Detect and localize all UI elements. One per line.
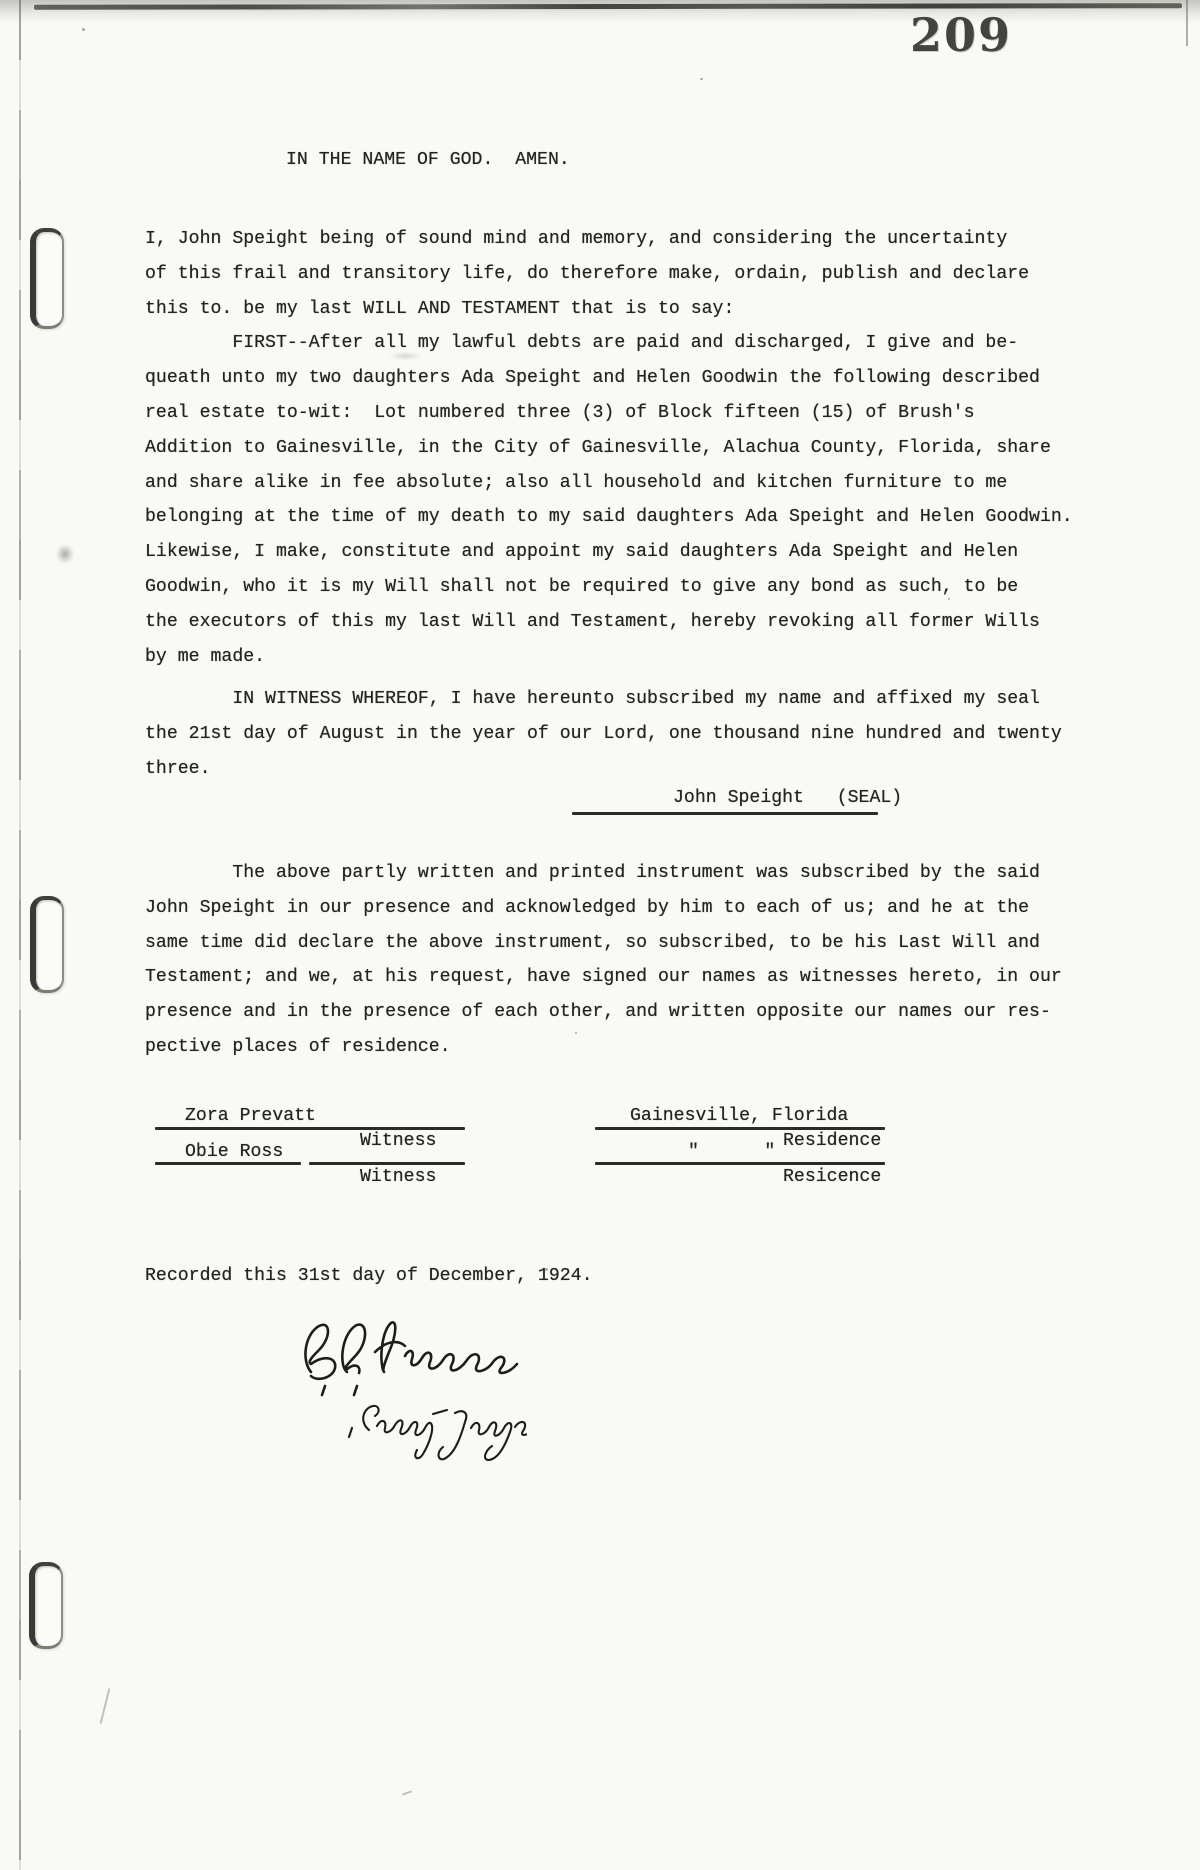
residence2-ditto-marks: " "	[688, 1142, 775, 1162]
scratch-mark	[402, 1790, 412, 1795]
scanned-page: 209 IN THE NAME OF GOD. AMEN. I, John Sp…	[0, 0, 1200, 1870]
binder-fastener-hole-top	[30, 228, 64, 329]
testator-signature-rule	[572, 812, 878, 815]
residence2-label: Resicence	[783, 1167, 881, 1187]
witness1-label: Witness	[360, 1131, 436, 1151]
residence2-rule	[595, 1162, 885, 1165]
witness2-label: Witness	[360, 1167, 436, 1187]
residence1-label: Residence	[783, 1131, 881, 1151]
ink-speck	[82, 28, 85, 31]
witness1-rule	[155, 1127, 465, 1130]
residence1-value: Gainesville, Florida	[630, 1106, 848, 1126]
witness1-name: Zora Prevatt	[185, 1106, 316, 1126]
will-body-text: I, John Speight being of sound mind and …	[145, 222, 1105, 674]
scratch-mark	[100, 1688, 111, 1723]
page-left-edge	[19, 0, 21, 1870]
witness-clause-text: IN WITNESS WHEREOF, I have hereunto subs…	[145, 682, 1105, 786]
judge-signature-name-stroke	[305, 1322, 517, 1395]
testator-signature-text: John Speight (SEAL)	[673, 788, 902, 808]
page-number: 209	[910, 8, 1012, 62]
residence1-rule	[595, 1127, 885, 1130]
page-right-edge	[1186, 0, 1188, 46]
judge-signature-title-stroke	[349, 1406, 527, 1460]
binder-fastener-hole-middle	[30, 896, 64, 993]
ink-smudge	[56, 544, 74, 564]
document-title: IN THE NAME OF GOD. AMEN.	[286, 150, 570, 170]
judge-signature-svg	[297, 1310, 527, 1470]
ink-speck	[700, 78, 703, 80]
recorded-line: Recorded this 31st day of December, 1924…	[145, 1266, 593, 1286]
witness2-name: Obie Ross	[185, 1142, 283, 1162]
witness2-rule-left	[155, 1162, 301, 1165]
binder-fastener-hole-bottom	[29, 1562, 63, 1649]
witness2-rule-right	[309, 1162, 465, 1165]
attestation-text: The above partly written and printed ins…	[145, 856, 1105, 1065]
